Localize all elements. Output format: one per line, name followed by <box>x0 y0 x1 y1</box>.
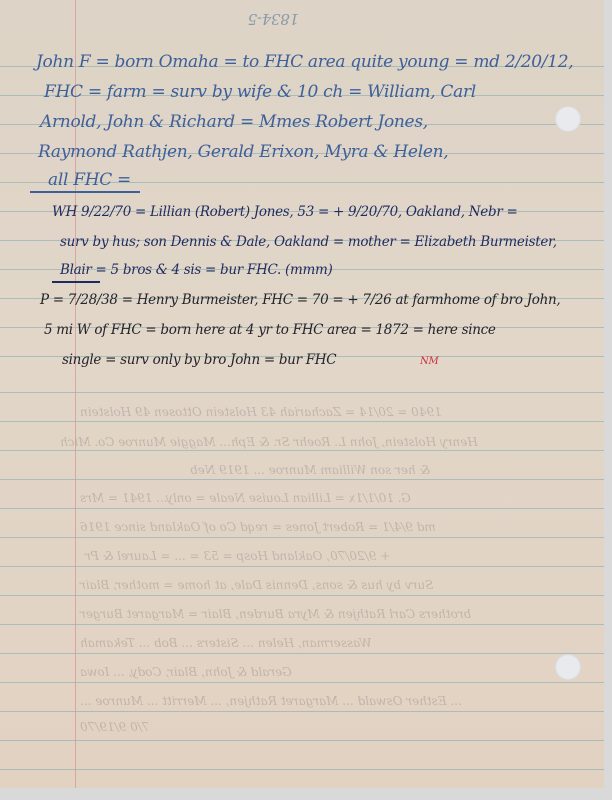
underline <box>52 281 100 283</box>
notebook-page: 1834-5 John F = born Omaha = to FHC area… <box>0 0 604 788</box>
text-line: FHC = farm = surv by wife & 10 ch = Will… <box>44 82 476 102</box>
bleed-line: ... Esther Oswald ... Margaret Rathjen, … <box>80 694 462 708</box>
ruled-line <box>0 450 604 451</box>
text-line: single = surv only by bro John = bur FHC <box>62 352 336 368</box>
text-line: Raymond Rathjen, Gerald Erixon, Myra & H… <box>38 142 448 162</box>
ruled-line <box>0 711 604 712</box>
text-line: Blair = 5 bros & 4 sis = bur FHC. (mmm) <box>60 262 332 278</box>
bleed-line: 1940 = 20/14 = Zachariah 43 Holstein Ott… <box>80 405 442 419</box>
bleed-line: md 9/4/1 = Robert Jones = reqd Co of Oak… <box>80 520 436 534</box>
text-line: P = 7/28/38 = Henry Burmeister, FHC = 70… <box>40 292 560 308</box>
bleed-line: Wasserman, Helen ... Sisters ... Bob ...… <box>80 636 372 650</box>
ruled-line <box>0 566 604 567</box>
ruled-line <box>0 769 604 770</box>
text-line: 5 mi W of FHC = born here at 4 yr to FHC… <box>44 322 496 338</box>
ruled-line <box>0 682 604 683</box>
text-line: surv by hus; son Dennis & Dale, Oakland … <box>60 234 557 250</box>
ruled-line <box>0 421 604 422</box>
text-line: Arnold, John & Richard = Mmes Robert Jon… <box>40 112 428 132</box>
bleed-line: brothers Carl Rathjen & Myra Burden, Bla… <box>80 607 471 621</box>
bleed-line: 7/0 9/19/70 <box>80 720 149 734</box>
ruled-line <box>0 537 604 538</box>
ruled-line <box>0 392 604 393</box>
bleed-line: & her son William Munroe ... 1919 Neb <box>190 463 430 477</box>
text-line: all FHC = <box>48 170 131 190</box>
ruled-line <box>0 653 604 654</box>
bleed-line: Gerald & John, Blair, Cody, ... Iowa <box>80 665 292 679</box>
punch-hole-bottom <box>555 654 581 680</box>
bleed-line: Henry Holstein, John L. Roehr Sr. & Eph.… <box>60 435 478 449</box>
ruled-line <box>0 479 604 480</box>
ruled-line <box>0 595 604 596</box>
ruled-line <box>0 740 604 741</box>
text-line: WH 9/22/70 = Lillian (Robert) Jones, 53 … <box>52 204 518 220</box>
underline <box>30 191 140 193</box>
bleed-line: Surv by hus & sons, Dennis Dale, at home… <box>80 578 433 592</box>
text-line: John F = born Omaha = to FHC area quite … <box>36 52 573 72</box>
ruled-line <box>0 624 604 625</box>
bleed-line: G. 10/1/1x = Lillian Louise Neale = only… <box>80 491 411 505</box>
red-annotation: NM <box>420 356 438 367</box>
pencil-header-number: 1834-5 <box>248 10 299 28</box>
punch-hole-top <box>555 106 581 132</box>
ruled-line <box>0 508 604 509</box>
bleed-line: + 9/20/70, Oakland Hosp = 53 = ... = Lau… <box>85 549 390 563</box>
